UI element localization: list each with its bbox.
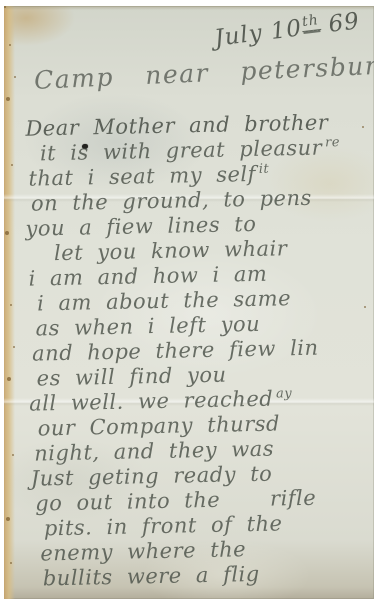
letter-date: July 10th 69	[213, 7, 361, 52]
letter-paper: July 10th 69 Camp near petersburg Dear M…	[4, 6, 374, 599]
letter-date-ordinal: th	[300, 12, 321, 32]
letter-heading: Camp near petersburg	[34, 50, 374, 95]
letter-body: Dear Mother and brother it is with great…	[23, 104, 374, 586]
letter-date-year: 69	[319, 8, 361, 39]
paper-top-edge	[4, 6, 374, 10]
letter-date-day: July 10	[213, 15, 303, 52]
letter-photo: July 10th 69 Camp near petersburg Dear M…	[0, 0, 377, 600]
paper-foxing-speckles	[4, 6, 6, 8]
paper-aged-left-edge	[4, 6, 15, 599]
